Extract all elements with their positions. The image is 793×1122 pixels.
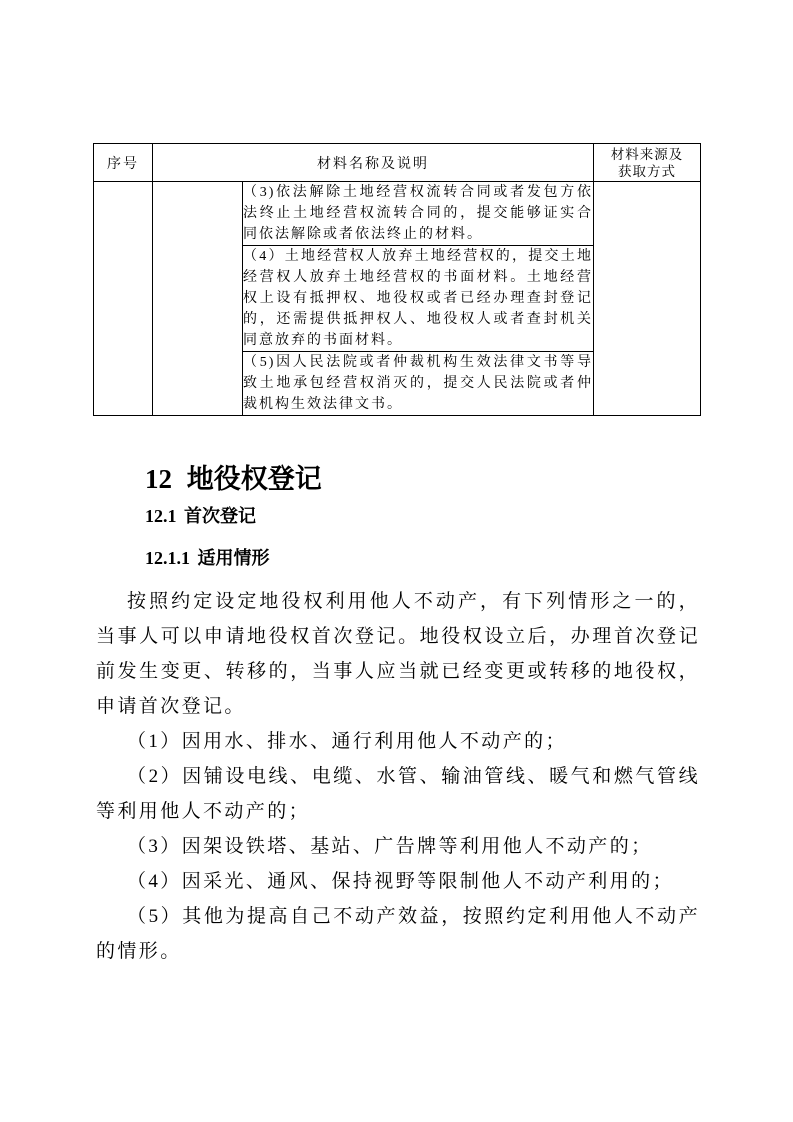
material-description-cell: （5)因人民法院或者仲裁机构生效法律文书等导致土地承包经营权消灭的，提交人民法院… xyxy=(243,352,594,416)
section-heading: 12.1 首次登记 xyxy=(145,504,700,528)
list-item: （1）因用水、排水、通行利用他人不动产的； xyxy=(96,724,700,759)
material-description-cell: （3)依法解除土地经营权流转合同或者发包方依法终止土地经营权流转合同的，提交能够… xyxy=(243,182,594,246)
body-paragraph: 按照约定设定地役权利用他人不动产，有下列情形之一的，当事人可以申请地役权首次登记… xyxy=(96,584,700,724)
section-content: 12 地役权登记 12.1 首次登记 12.1.1 适用情形 按照约定设定地役权… xyxy=(96,450,700,969)
list-item: （3）因架设铁塔、基站、广告牌等利用他人不动产的； xyxy=(96,829,700,864)
subsection-heading: 12.1.1 适用情形 xyxy=(145,546,700,570)
table-row: （3)依法解除土地经营权流转合同或者发包方依法终止土地经营权流转合同的，提交能够… xyxy=(94,182,701,246)
document-page: 序号 材料名称及说明 材料来源及 获取方式 （3)依法解除土地经营权流转合同或者… xyxy=(0,0,793,1122)
source-cell-empty xyxy=(594,182,701,416)
list-item: （5）其他为提高自己不动产效益，按照约定利用他人不动产的情形。 xyxy=(96,899,700,969)
list-item: （2）因铺设电线、电缆、水管、输油管线、暖气和燃气管线等利用他人不动产的； xyxy=(96,759,700,829)
column-header-source-line1: 材料来源及 xyxy=(594,146,700,163)
material-description-cell: （4）土地经营权人放弃土地经营权的，提交土地经营权人放弃土地经营权的书面材料。土… xyxy=(243,246,594,352)
chapter-heading: 12 地役权登记 xyxy=(145,463,700,495)
column-header-serial: 序号 xyxy=(94,144,153,182)
material-name-cell-empty xyxy=(153,182,243,416)
column-header-material-source: 材料来源及 获取方式 xyxy=(594,144,701,182)
materials-table: 序号 材料名称及说明 材料来源及 获取方式 （3)依法解除土地经营权流转合同或者… xyxy=(93,143,701,416)
table-header-row: 序号 材料名称及说明 材料来源及 获取方式 xyxy=(94,144,701,182)
column-header-material-name: 材料名称及说明 xyxy=(153,144,594,182)
column-header-source-line2: 获取方式 xyxy=(594,163,700,180)
serial-cell-empty xyxy=(94,182,153,416)
list-item: （4）因采光、通风、保持视野等限制他人不动产利用的； xyxy=(96,864,700,899)
